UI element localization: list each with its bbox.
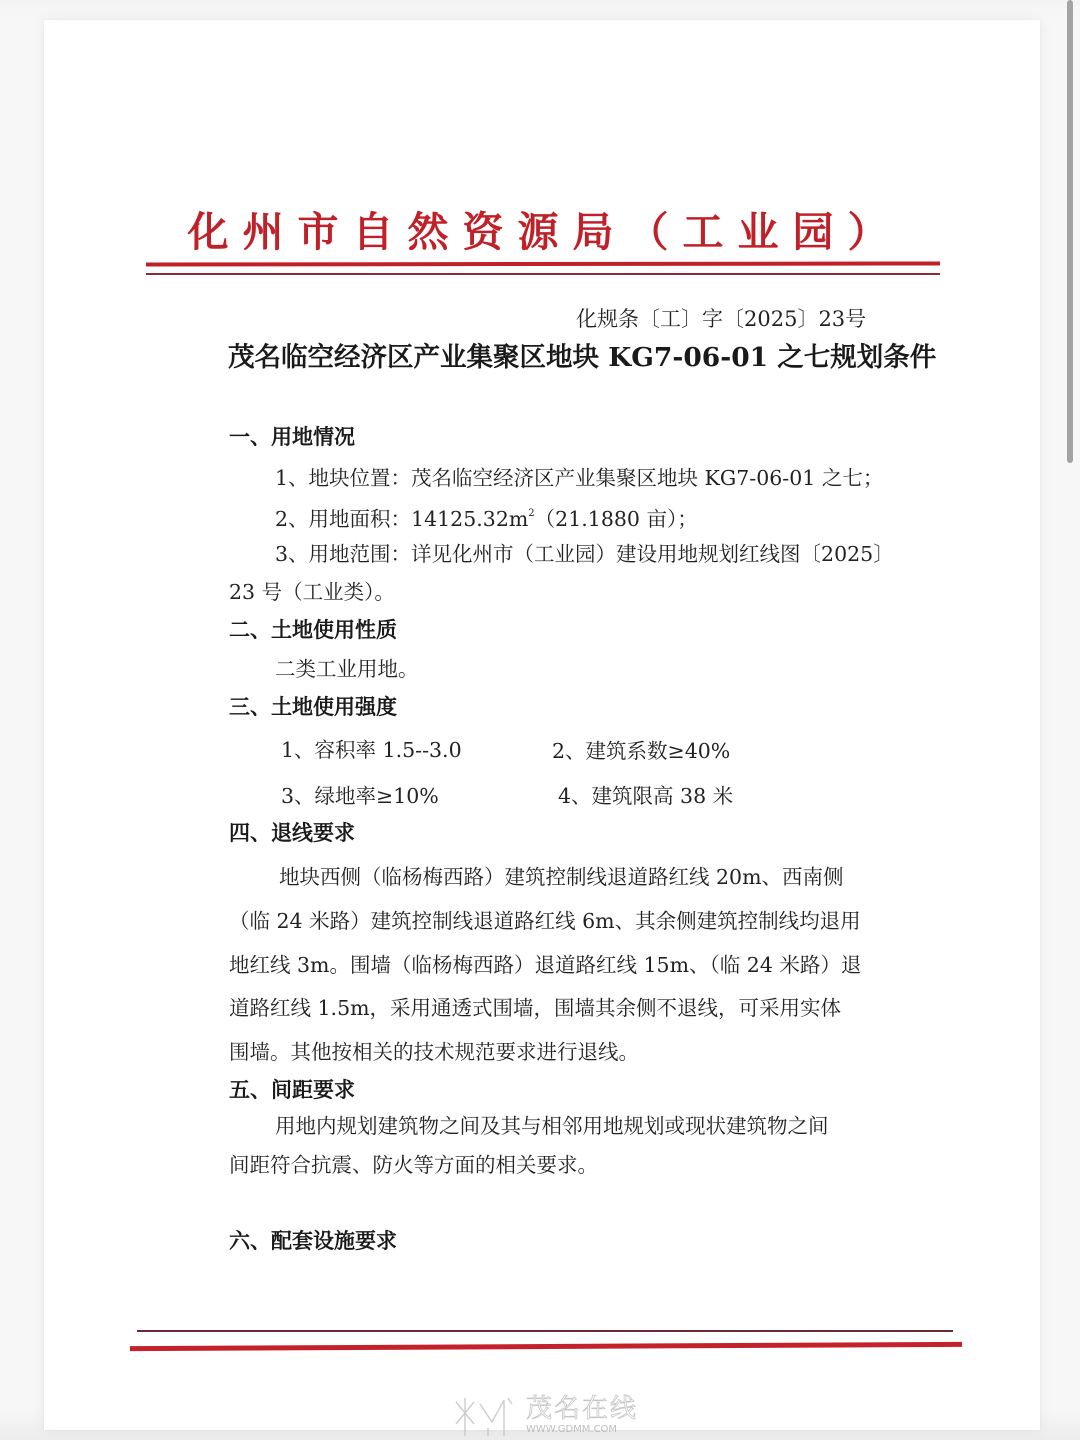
- land-location-line: 1、地块位置：茂名临空经济区产业集聚区地块 KG7-06-01 之七；: [275, 463, 883, 493]
- intensity-item-height-limit: 4、建筑限高 38 米: [558, 781, 733, 811]
- watermark-site-name: 茂名在线: [526, 1394, 638, 1424]
- section-heading-setback: 四、退线要求: [229, 818, 355, 848]
- footer-rule-thin: [137, 1330, 953, 1332]
- section-heading-spacing: 五、间距要求: [229, 1075, 355, 1105]
- spacing-line-1: 用地内规划建筑物之间及其与相邻用地规划或现状建筑物之间: [275, 1111, 829, 1141]
- document-viewer: 化州市自然资源局（工业园） 化规条〔工〕字〔2025〕23号 茂名临空经济区产业…: [0, 0, 1080, 1440]
- spacing-line-2: 间距符合抗震、防火等方面的相关要求。: [229, 1150, 598, 1180]
- land-area-suffix: （21.1880 亩）；: [535, 507, 698, 531]
- section-heading-land-use-nature: 二、土地使用性质: [229, 615, 397, 645]
- setback-line-1: 地块西侧（临杨梅西路）建筑控制线退道路红线 20m、西南侧: [279, 862, 844, 892]
- site-watermark: 茂名在线 WWW.GDMM.COM: [452, 1394, 652, 1440]
- document-number: 化规条〔工〕字〔2025〕23号: [576, 302, 866, 336]
- land-range-line-cont: 23 号（工业类）。: [229, 577, 395, 607]
- document-title: 茂名临空经济区产业集聚区地块 KG7-06-01 之七规划条件: [228, 336, 936, 380]
- land-use-nature-text: 二类工业用地。: [275, 654, 419, 684]
- watermark-site-url: WWW.GDMM.COM: [526, 1424, 617, 1436]
- section-heading-supporting-facilities: 六、配套设施要求: [229, 1226, 397, 1256]
- scrollbar-thumb[interactable]: [1067, 0, 1073, 463]
- watermark-logo-icon: [452, 1394, 516, 1438]
- land-area-prefix: 2、用地面积：14125.32m: [275, 507, 528, 531]
- intensity-item-building-coefficient: 2、建筑系数≥40%: [552, 736, 730, 766]
- vertical-scrollbar[interactable]: [1062, 0, 1076, 1440]
- intensity-item-plot-ratio: 1、容积率 1.5--3.0: [281, 735, 462, 765]
- land-range-line: 3、用地范围：详见化州市（工业园）建设用地规划红线图〔2025〕: [275, 539, 894, 569]
- setback-line-3: 地红线 3m。围墙（临杨梅西路）退道路红线 15m、（临 24 米路）退: [229, 950, 861, 980]
- header-red-rule-thin: [146, 273, 940, 275]
- organization-header: 化州市自然资源局（工业园）: [150, 200, 940, 264]
- intensity-item-green-ratio: 3、绿地率≥10%: [281, 781, 439, 811]
- land-area-line: 2、用地面积：14125.32m2（21.1880 亩）；: [275, 499, 698, 534]
- setback-line-5: 围墙。其他按相关的技术规范要求进行退线。: [229, 1037, 639, 1067]
- section-heading-land-use-intensity: 三、土地使用强度: [229, 692, 397, 722]
- setback-line-2: （临 24 米路）建筑控制线退道路红线 6m、其余侧建筑控制线均退用: [229, 906, 861, 936]
- section-heading-land-situation: 一、用地情况: [229, 422, 355, 452]
- setback-line-4: 道路红线 1.5m，采用通透式围墙，围墙其余侧不退线，可采用实体: [229, 993, 841, 1023]
